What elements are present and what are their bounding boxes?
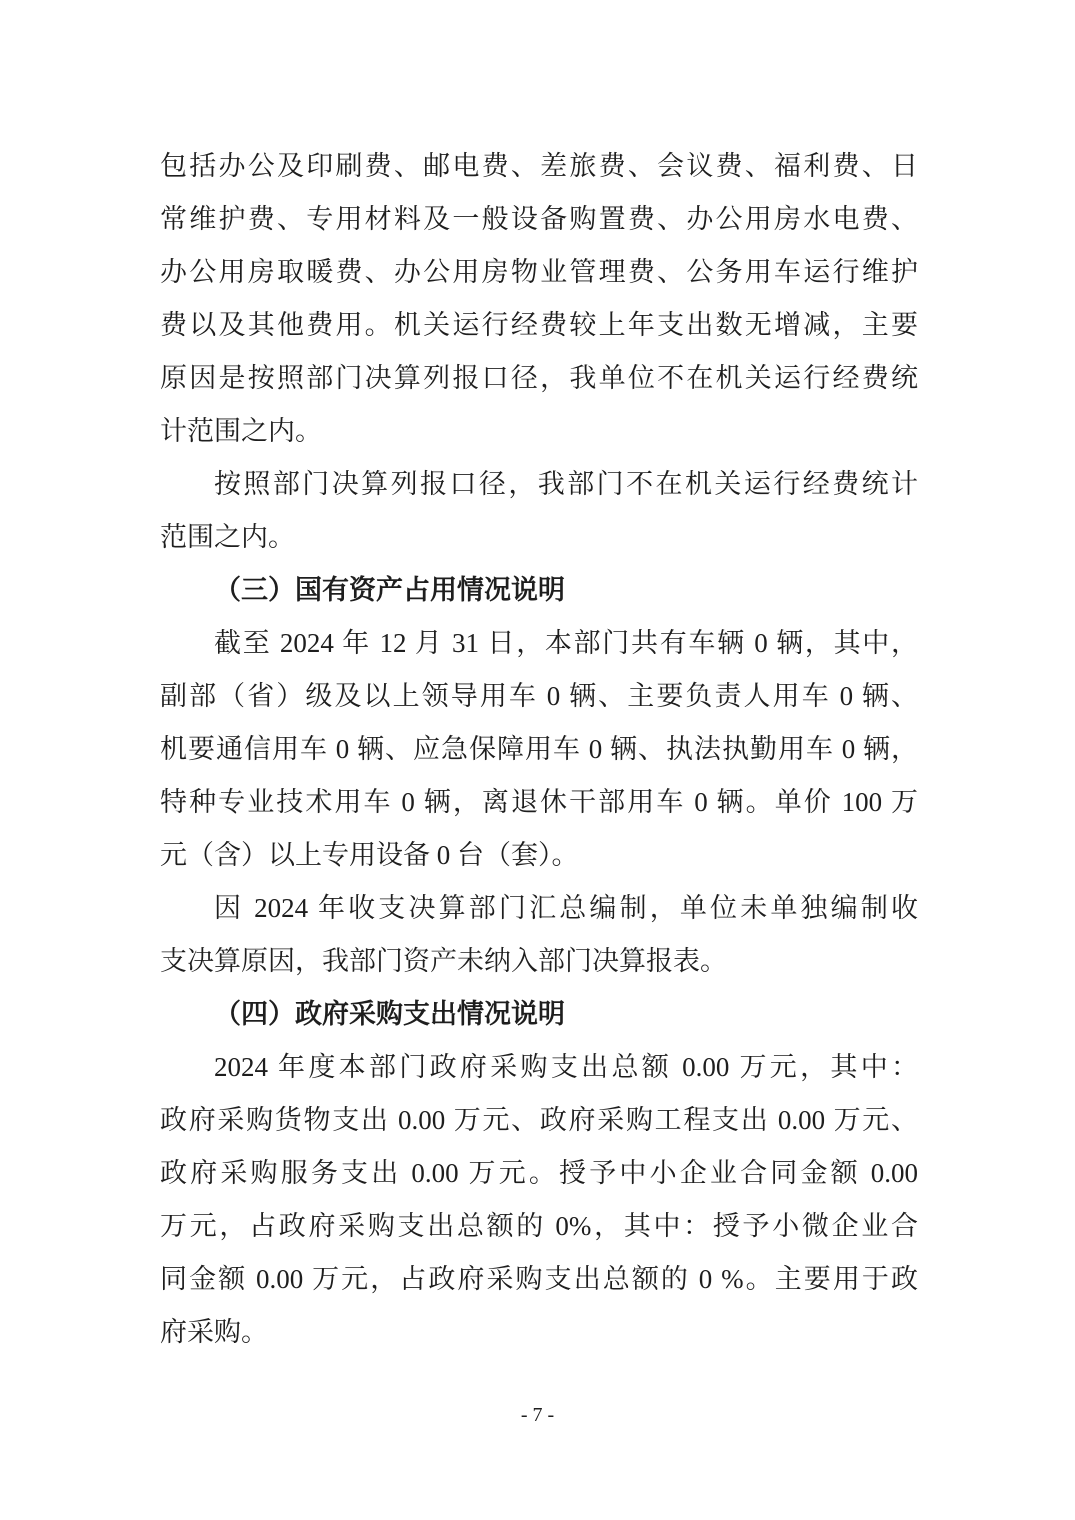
section-heading: （三）国有资产占用情况说明	[160, 564, 918, 617]
document-line: 机要通信用车 0 辆、应急保障用车 0 辆、执法执勤用车 0 辆，	[160, 723, 918, 776]
page-footer: - 7 -	[0, 1402, 1075, 1428]
document-line: 费以及其他费用。机关运行经费较上年支出数无增减，主要	[160, 299, 918, 352]
document-line: 因 2024 年收支决算部门汇总编制，单位未单独编制收	[160, 882, 918, 935]
document-line: 计范围之内。	[160, 405, 918, 458]
document-line: 范围之内。	[160, 511, 918, 564]
document-line: 特种专业技术用车 0 辆，离退休干部用车 0 辆。单价 100 万	[160, 776, 918, 829]
document-line: 万元，占政府采购支出总额的 0%，其中：授予小微企业合	[160, 1200, 918, 1253]
document-line: 元（含）以上专用设备 0 台（套）。	[160, 829, 918, 882]
document-line: 支决算原因，我部门资产未纳入部门决算报表。	[160, 935, 918, 988]
document-line: 2024 年度本部门政府采购支出总额 0.00 万元，其中：	[160, 1041, 918, 1094]
document-line: 截至 2024 年 12 月 31 日，本部门共有车辆 0 辆，其中，	[160, 617, 918, 670]
document-line: 包括办公及印刷费、邮电费、差旅费、会议费、福利费、日	[160, 140, 918, 193]
document-line: 政府采购服务支出 0.00 万元。授予中小企业合同金额 0.00	[160, 1147, 918, 1200]
text-block: 包括办公及印刷费、邮电费、差旅费、会议费、福利费、日常维护费、专用材料及一般设备…	[160, 140, 918, 1359]
section-heading: （四）政府采购支出情况说明	[160, 988, 918, 1041]
document-line: 原因是按照部门决算列报口径，我单位不在机关运行经费统	[160, 352, 918, 405]
document-page: 包括办公及印刷费、邮电费、差旅费、会议费、福利费、日常维护费、专用材料及一般设备…	[0, 0, 1075, 1520]
document-line: 常维护费、专用材料及一般设备购置费、办公用房水电费、	[160, 193, 918, 246]
document-line: 府采购。	[160, 1306, 918, 1359]
document-line: 按照部门决算列报口径，我部门不在机关运行经费统计	[160, 458, 918, 511]
document-line: 同金额 0.00 万元，占政府采购支出总额的 0 %。主要用于政	[160, 1253, 918, 1306]
document-line: 办公用房取暖费、办公用房物业管理费、公务用车运行维护	[160, 246, 918, 299]
document-line: 政府采购货物支出 0.00 万元、政府采购工程支出 0.00 万元、	[160, 1094, 918, 1147]
page-number: - 7 -	[521, 1404, 554, 1426]
document-line: 副部（省）级及以上领导用车 0 辆、主要负责人用车 0 辆、	[160, 670, 918, 723]
